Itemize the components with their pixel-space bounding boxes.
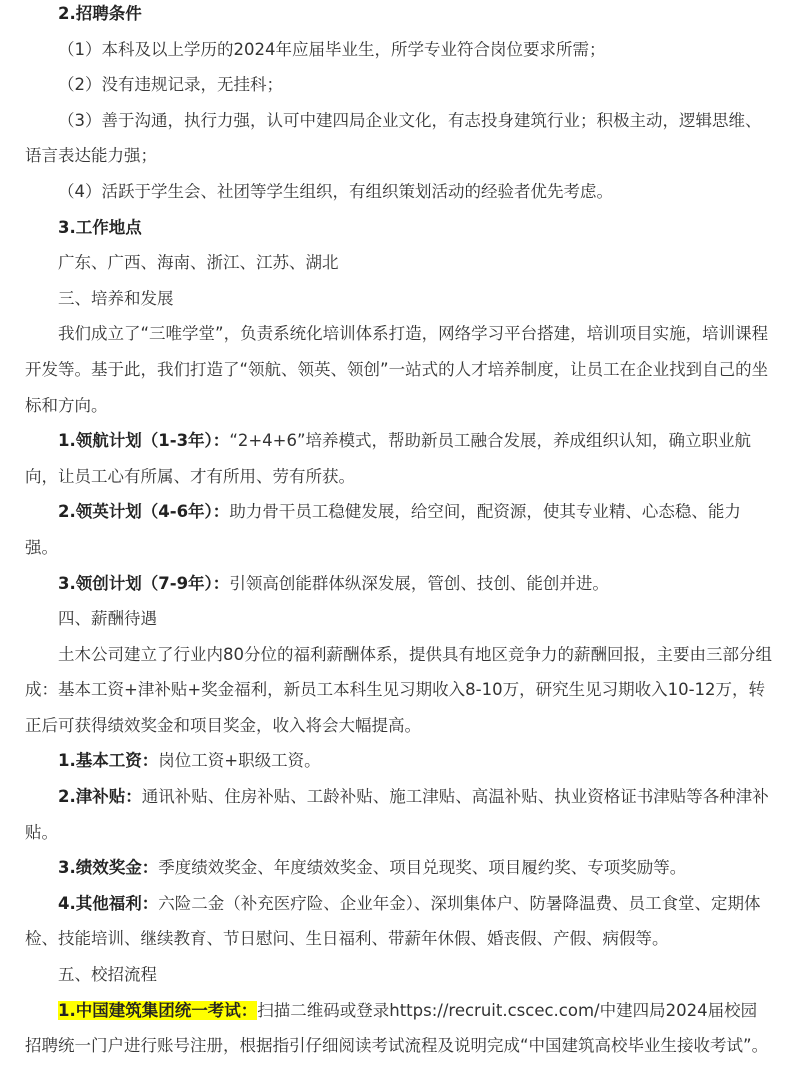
compensation-item-3-label: 3.绩效奖金： bbox=[58, 858, 158, 877]
compensation-item-3-text: 季度绩效奖金、年度绩效奖金、项目兑现奖、项目履约奖、专项奖励等。 bbox=[158, 858, 686, 877]
training-plan-3: 3.领创计划（7-9年）：引领高创能群体纵深发展，管创、技创、能创并进。 bbox=[25, 566, 773, 602]
training-plan-3-label: 3.领创计划（7-9年）： bbox=[58, 574, 229, 593]
training-plan-2-label: 2.领英计划（4-6年）： bbox=[58, 502, 229, 521]
compensation-item-4: 4.其他福利：六险二金（补充医疗险、企业年金）、深圳集体户、防暑降温费、员工食堂… bbox=[25, 886, 773, 957]
compensation-item-1-text: 岗位工资+职级工资。 bbox=[158, 751, 320, 770]
condition-item-3: （3）善于沟通，执行力强，认可中建四局企业文化，有志投身建筑行业；积极主动，逻辑… bbox=[25, 103, 773, 174]
condition-item-1: （1）本科及以上学历的2024年应届毕业生，所学专业符合岗位要求所需； bbox=[25, 32, 773, 68]
compensation-item-2: 2.津补贴：通讯补贴、住房补贴、工龄补贴、施工津贴、高温补贴、执业资格证书津贴等… bbox=[25, 779, 773, 850]
training-intro: 我们成立了“三唯学堂”，负责系统化培训体系打造，网络学习平台搭建，培训项目实施，… bbox=[25, 316, 773, 423]
section-heading-process: 五、校招流程 bbox=[25, 957, 773, 993]
training-plan-2: 2.领英计划（4-6年）：助力骨干员工稳健发展，给空间，配资源，使其专业精、心态… bbox=[25, 494, 773, 565]
compensation-item-1: 1.基本工资：岗位工资+职级工资。 bbox=[25, 743, 773, 779]
compensation-item-2-label: 2.津补贴： bbox=[58, 787, 142, 806]
compensation-intro: 土木公司建立了行业内80分位的福利薪酬体系，提供具有地区竞争力的薪酬回报，主要由… bbox=[25, 637, 773, 744]
work-location-text: 广东、广西、海南、浙江、江苏、湖北 bbox=[25, 245, 773, 281]
section-heading-recruit-conditions: 2.招聘条件 bbox=[25, 0, 773, 32]
training-plan-1-label: 1.领航计划（1-3年）： bbox=[58, 431, 229, 450]
section-heading-training: 三、培养和发展 bbox=[25, 281, 773, 317]
condition-item-2: （2）没有违规记录，无挂科； bbox=[25, 67, 773, 103]
condition-item-4: （4）活跃于学生会、社团等学生组织，有组织策划活动的经验者优先考虑。 bbox=[25, 174, 773, 210]
process-step-1: 1.中国建筑集团统一考试：扫描二维码或登录https://recruit.csc… bbox=[25, 993, 773, 1064]
compensation-item-4-label: 4.其他福利： bbox=[58, 894, 158, 913]
compensation-item-1-label: 1.基本工资： bbox=[58, 751, 158, 770]
document-body: 2.招聘条件 （1）本科及以上学历的2024年应届毕业生，所学专业符合岗位要求所… bbox=[0, 0, 799, 1064]
section-heading-work-location: 3.工作地点 bbox=[25, 210, 773, 246]
training-plan-1: 1.领航计划（1-3年）：“2+4+6”培养模式，帮助新员工融合发展，养成组织认… bbox=[25, 423, 773, 494]
section-heading-compensation: 四、薪酬待遇 bbox=[25, 601, 773, 637]
compensation-item-3: 3.绩效奖金：季度绩效奖金、年度绩效奖金、项目兑现奖、项目履约奖、专项奖励等。 bbox=[25, 850, 773, 886]
process-step-1-label-highlighted: 1.中国建筑集团统一考试： bbox=[58, 1001, 257, 1020]
training-plan-3-text: 引领高创能群体纵深发展，管创、技创、能创并进。 bbox=[229, 574, 609, 593]
